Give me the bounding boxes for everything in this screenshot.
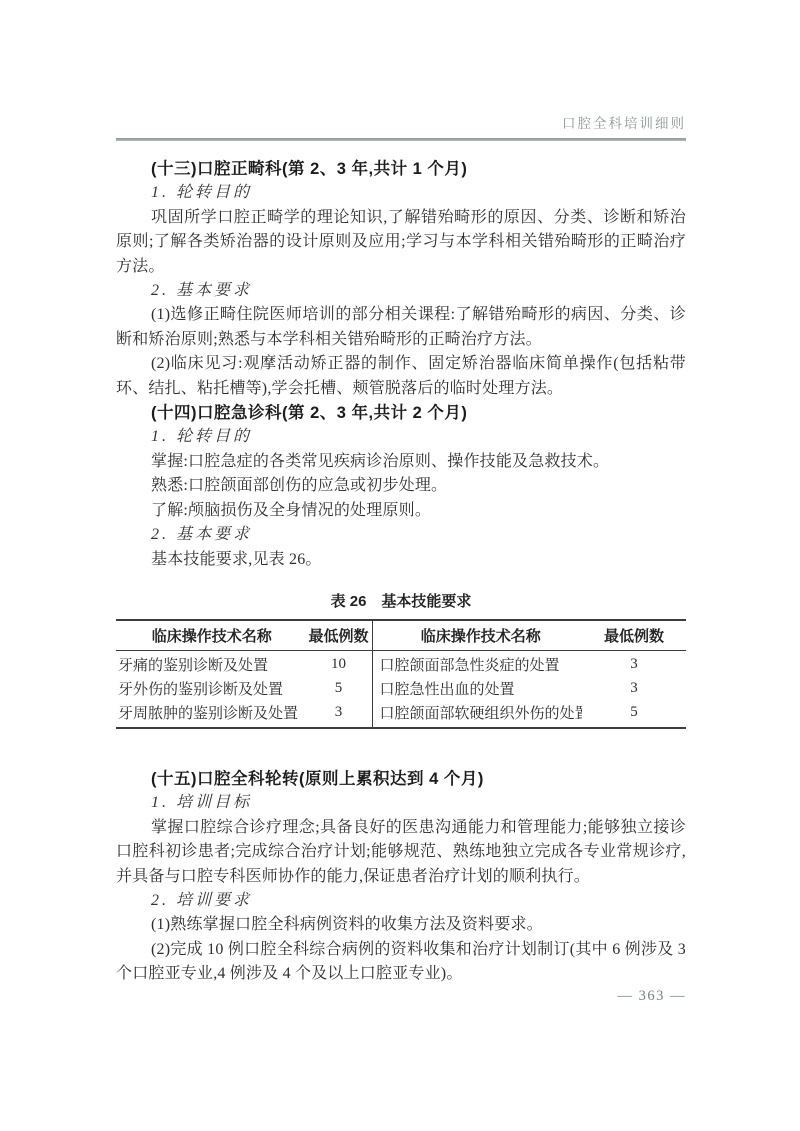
section-14-know-line: 了解:颅脑损伤及全身情况的处理原则。: [116, 499, 686, 523]
column-header-min-cases: 最低例数: [306, 625, 372, 646]
section-14-subhead-1: 1. 轮转目的: [116, 425, 686, 449]
section-13-item-2: (2)临床见习:观摩活动矫正器的制作、固定矫治器临床简单操作(包括粘带环、结扎、…: [116, 352, 686, 401]
table-26: 临床操作技术名称 最低例数 牙痛的鉴别诊断及处置 10 牙外伤的鉴别诊断及处置 …: [116, 619, 686, 729]
section-13-subhead-2: 2. 基本要求: [116, 279, 686, 303]
section-14-familiar-line: 熟悉:口腔颌面部创伤的应急或初步处理。: [116, 474, 686, 498]
table-26-caption: 表 26 基本技能要求: [116, 590, 686, 611]
skill-name-cell: 口腔颌面部软硬组织外伤的处置: [373, 702, 583, 723]
table-row: 牙痛的鉴别诊断及处置 10: [116, 653, 372, 677]
section-13-subhead-1: 1. 轮转目的: [116, 181, 686, 205]
section-15-subhead-2: 2. 培训要求: [116, 889, 686, 913]
min-cases-cell: 5: [582, 704, 686, 721]
skill-name-cell: 牙痛的鉴别诊断及处置: [116, 654, 306, 675]
table-26-left-body: 牙痛的鉴别诊断及处置 10 牙外伤的鉴别诊断及处置 5 牙周脓肿的鉴别诊断及处置…: [116, 651, 372, 727]
section-15-subhead-1: 1. 培训目标: [116, 791, 686, 815]
min-cases-cell: 3: [306, 704, 372, 721]
skill-name-cell: 口腔急性出血的处置: [373, 678, 583, 699]
skill-name-cell: 牙外伤的鉴别诊断及处置: [116, 678, 306, 699]
section-13-heading: (十三)口腔正畸科(第 2、3 年,共计 1 个月): [116, 157, 686, 181]
column-header-min-cases: 最低例数: [582, 625, 686, 646]
section-15-heading: (十五)口腔全科轮转(原则上累积达到 4 个月): [116, 767, 686, 791]
section-14-subhead-2: 2. 基本要求: [116, 523, 686, 547]
table-26-left-header-row: 临床操作技术名称 最低例数: [116, 621, 372, 651]
running-header-text: 口腔全科培训细则: [562, 116, 686, 131]
section-13-paragraph-1: 巩固所学口腔正畸学的理论知识,了解错殆畸形的原因、分类、诊断和矫治原则;了解各类…: [116, 206, 686, 279]
min-cases-cell: 3: [582, 680, 686, 697]
min-cases-cell: 10: [306, 656, 372, 673]
column-header-skill-name: 临床操作技术名称: [116, 625, 306, 646]
skill-name-cell: 口腔颌面部急性炎症的处置: [373, 654, 583, 675]
page-content: (十三)口腔正畸科(第 2、3 年,共计 1 个月) 1. 轮转目的 巩固所学口…: [116, 157, 686, 987]
section-14-heading: (十四)口腔急诊科(第 2、3 年,共计 2 个月): [116, 401, 686, 425]
table-26-right-half: 临床操作技术名称 最低例数 口腔颌面部急性炎症的处置 3 口腔急性出血的处置 3…: [373, 621, 687, 727]
table-row: 牙外伤的鉴别诊断及处置 5: [116, 677, 372, 701]
section-15-paragraph-1: 掌握口腔综合诊疗理念;具备良好的医患沟通能力和管理能力;能够独立接诊口腔科初诊患…: [116, 816, 686, 889]
header-rule: [116, 138, 686, 141]
table-row: 口腔急性出血的处置 3: [373, 677, 687, 701]
running-header: 口腔全科培训细则: [116, 112, 686, 132]
section-14-grasp-line: 掌握:口腔急症的各类常见疾病诊治原则、操作技能及急救技术。: [116, 450, 686, 474]
page-number: — 363 —: [116, 988, 686, 1005]
table-row: 口腔颌面部软硬组织外伤的处置 5: [373, 700, 687, 724]
skill-name-cell: 牙周脓肿的鉴别诊断及处置: [116, 702, 306, 723]
min-cases-cell: 5: [306, 680, 372, 697]
section-13-item-1: (1)选修正畸住院医师培训的部分相关课程:了解错殆畸形的病因、分类、诊断和矫治原…: [116, 303, 686, 352]
table-row: 口腔颌面部急性炎症的处置 3: [373, 653, 687, 677]
table-26-left-half: 临床操作技术名称 最低例数 牙痛的鉴别诊断及处置 10 牙外伤的鉴别诊断及处置 …: [116, 621, 373, 727]
table-26-right-header-row: 临床操作技术名称 最低例数: [373, 621, 687, 651]
column-header-skill-name: 临床操作技术名称: [373, 625, 583, 646]
table-26-right-body: 口腔颌面部急性炎症的处置 3 口腔急性出血的处置 3 口腔颌面部软硬组织外伤的处…: [373, 651, 687, 727]
min-cases-cell: 3: [582, 656, 686, 673]
table-row: 牙周脓肿的鉴别诊断及处置 3: [116, 700, 372, 724]
section-15-item-1: (1)熟练掌握口腔全科病例资料的收集方法及资料要求。: [116, 913, 686, 937]
section-15-item-2: (2)完成 10 例口腔全科综合病例的资料收集和治疗计划制订(其中 6 例涉及 …: [116, 938, 686, 987]
section-14-table-reference: 基本技能要求,见表 26。: [116, 548, 686, 572]
